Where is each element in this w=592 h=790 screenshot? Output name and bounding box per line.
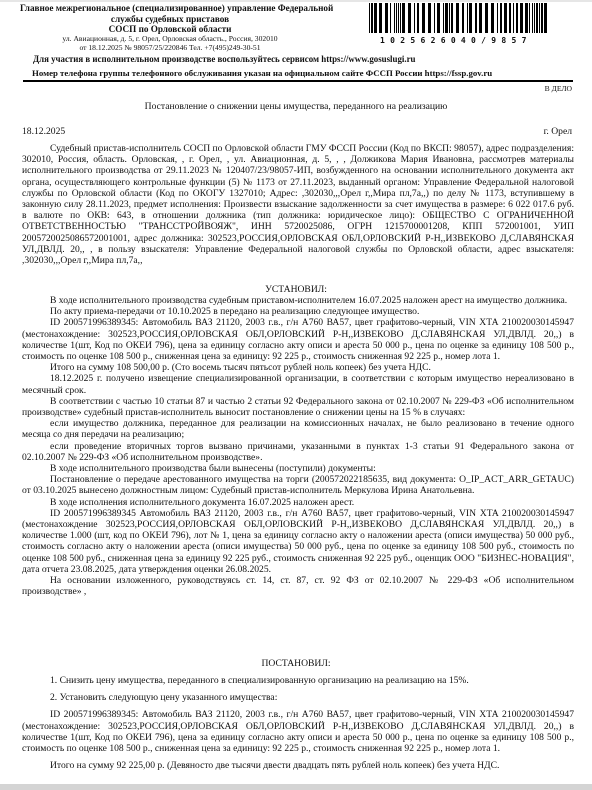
body-paragraph: По акту приема-передачи от 10.10.2025 в … bbox=[22, 306, 574, 317]
page-bottom-edge bbox=[0, 784, 592, 790]
document-city: г. Орел bbox=[544, 126, 572, 137]
body-paragraph: ID 200571996389345: Автомобиль ВАЗ 21120… bbox=[22, 317, 574, 362]
postanovil-section: 1. Снизить цену имущества, переданного в… bbox=[22, 675, 574, 777]
body-paragraph: если проведение вторичных торгов вызвано… bbox=[22, 441, 574, 463]
body-paragraph: В ходе исполнения исполнительного докуме… bbox=[22, 497, 574, 508]
top-edge bbox=[0, 0, 592, 2]
body-paragraph: ID 200571996389345: Автомобиль ВАЗ 21120… bbox=[22, 709, 574, 754]
ustanovil-section: В ходе исполнительного производства суде… bbox=[22, 295, 574, 597]
body-paragraph: Постановление о передаче арестованного и… bbox=[22, 474, 574, 496]
body-paragraph: В ходе исполнительного производства суде… bbox=[22, 295, 574, 306]
intro-section: Судебный пристав-исполнитель СОСП по Орл… bbox=[22, 143, 574, 266]
document-title: Постановление о снижении цены имущества,… bbox=[0, 101, 592, 112]
body-paragraph: Итого на сумму 92 225,00 р. (Девяносто д… bbox=[22, 760, 574, 771]
intro-paragraph: Судебный пристав-исполнитель СОСП по Орл… bbox=[22, 143, 574, 266]
stamp-v-delo: В ДЕЛО bbox=[545, 84, 572, 93]
document-page: Главное межрегиональное (специализирован… bbox=[0, 0, 592, 784]
gosuslugi-notice: Для участия в исполнительном производств… bbox=[33, 54, 415, 64]
body-paragraph: Итого на сумму 108 500,00 р. (Сто восемь… bbox=[22, 362, 574, 373]
doc-reference: от 18.12.2025 № 98057/25/220846 Тел. +7(… bbox=[20, 44, 320, 53]
body-paragraph: На основании изложенного, руководствуясь… bbox=[22, 575, 574, 597]
org-name-line2: службы судебных приставов bbox=[20, 14, 320, 25]
postanovil-heading: ПОСТАНОВИЛ: bbox=[0, 658, 592, 669]
issuer-header: Главное межрегиональное (специализирован… bbox=[20, 3, 320, 52]
body-paragraph: ID 200571996389345 Автомобиль ВАЗ 21120,… bbox=[22, 508, 574, 575]
phone-notice: Номер телефона группы телефонного обслуж… bbox=[32, 68, 492, 78]
body-paragraph: В соответствии с частью 10 статьи 87 и ч… bbox=[22, 396, 574, 418]
body-paragraph: если имущество должника, переданное для … bbox=[22, 418, 574, 440]
body-paragraph: 18.12.2025 г. получено извещение специал… bbox=[22, 373, 574, 395]
barcode-icon bbox=[368, 3, 573, 33]
body-paragraph: 1. Снизить цену имущества, переданного в… bbox=[22, 675, 574, 686]
header-divider bbox=[23, 80, 573, 82]
document-date: 18.12.2025 bbox=[22, 126, 65, 137]
barcode-digits: 1025626040/9857 bbox=[380, 36, 570, 45]
body-paragraph: В ходе исполнительного производства были… bbox=[22, 463, 574, 474]
ustanovil-heading: УСТАНОВИЛ: bbox=[0, 284, 592, 295]
body-paragraph: 2. Установить следующую цену указанного … bbox=[22, 692, 574, 703]
org-name-line1: Главное межрегиональное (специализирован… bbox=[20, 3, 320, 14]
